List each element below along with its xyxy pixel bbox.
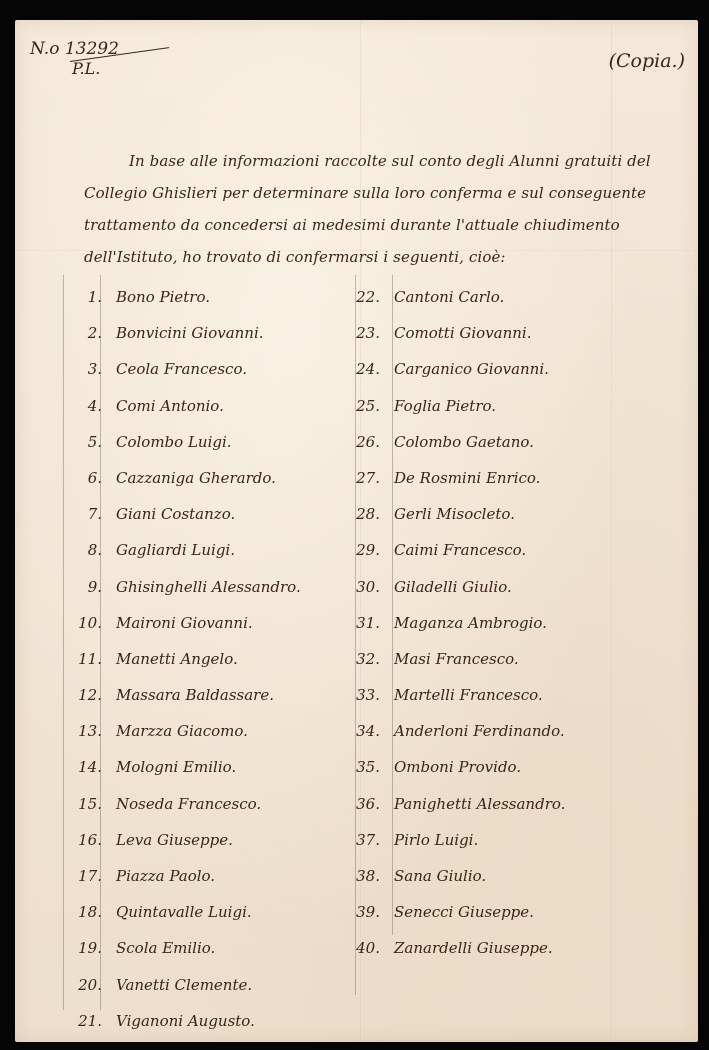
list-item: 5.Colombo Luigi. <box>62 433 352 469</box>
item-number: 37. <box>340 831 388 849</box>
item-number: 19. <box>62 939 110 957</box>
item-number: 22. <box>340 288 388 306</box>
student-name: Ghisinghelli Alessandro. <box>110 578 301 596</box>
student-name: Bono Pietro. <box>110 288 210 306</box>
student-list-left: 1.Bono Pietro. 2.Bonvicini Giovanni. 3.C… <box>62 288 352 1048</box>
student-name: Masi Francesco. <box>388 650 519 668</box>
list-item: 20.Vanetti Clemente. <box>62 976 352 1012</box>
student-name: Colombo Luigi. <box>110 433 232 451</box>
list-item: 18.Quintavalle Luigi. <box>62 903 352 939</box>
item-number: 28. <box>340 505 388 523</box>
list-item: 15.Noseda Francesco. <box>62 795 352 831</box>
student-name: Piazza Paolo. <box>110 867 215 885</box>
student-name: Panighetti Alessandro. <box>388 795 565 813</box>
item-number: 10. <box>62 614 110 632</box>
list-item: 38.Sana Giulio. <box>340 867 630 903</box>
student-name: Noseda Francesco. <box>110 795 261 813</box>
list-item: 11.Manetti Angelo. <box>62 650 352 686</box>
item-number: 5. <box>62 433 110 451</box>
student-name: Gerli Misocleto. <box>388 505 515 523</box>
item-number: 35. <box>340 758 388 776</box>
list-item: 26.Colombo Gaetano. <box>340 433 630 469</box>
student-name: Manetti Angelo. <box>110 650 238 668</box>
item-number: 14. <box>62 758 110 776</box>
item-number: 33. <box>340 686 388 704</box>
list-item: 33.Martelli Francesco. <box>340 686 630 722</box>
student-name: Scola Emilio. <box>110 939 215 957</box>
list-item: 6.Cazzaniga Gherardo. <box>62 469 352 505</box>
student-name: Cantoni Carlo. <box>388 288 504 306</box>
student-name: Caimi Francesco. <box>388 541 526 559</box>
student-name: Giladelli Giulio. <box>388 578 512 596</box>
student-name: Mologni Emilio. <box>110 758 236 776</box>
student-name: Senecci Giuseppe. <box>388 903 534 921</box>
item-number: 24. <box>340 360 388 378</box>
list-item: 23.Comotti Giovanni. <box>340 324 630 360</box>
list-item: 25.Foglia Pietro. <box>340 397 630 433</box>
item-number: 15. <box>62 795 110 813</box>
item-number: 30. <box>340 578 388 596</box>
item-number: 16. <box>62 831 110 849</box>
student-name: Cazzaniga Gherardo. <box>110 469 276 487</box>
item-number: 26. <box>340 433 388 451</box>
student-name: Massara Baldassare. <box>110 686 274 704</box>
list-item: 39.Senecci Giuseppe. <box>340 903 630 939</box>
list-item: 40.Zanardelli Giuseppe. <box>340 939 630 975</box>
list-item: 21.Viganoni Augusto. <box>62 1012 352 1048</box>
item-number: 31. <box>340 614 388 632</box>
student-name: Bonvicini Giovanni. <box>110 324 264 342</box>
list-item: 19.Scola Emilio. <box>62 939 352 975</box>
item-number: 25. <box>340 397 388 415</box>
item-number: 3. <box>62 360 110 378</box>
student-name: Comotti Giovanni. <box>388 324 532 342</box>
list-item: 16.Leva Giuseppe. <box>62 831 352 867</box>
item-number: 40. <box>340 939 388 957</box>
student-name: De Rosmini Enrico. <box>388 469 540 487</box>
student-name: Quintavalle Luigi. <box>110 903 252 921</box>
list-item: 4.Comi Antonio. <box>62 397 352 433</box>
list-item: 2.Bonvicini Giovanni. <box>62 324 352 360</box>
list-item: 9.Ghisinghelli Alessandro. <box>62 578 352 614</box>
copy-label: (Copia.) <box>609 50 685 72</box>
list-item: 10.Maironi Giovanni. <box>62 614 352 650</box>
list-item: 27.De Rosmini Enrico. <box>340 469 630 505</box>
item-number: 29. <box>340 541 388 559</box>
item-number: 21. <box>62 1012 110 1030</box>
item-number: 23. <box>340 324 388 342</box>
list-item: 3.Ceola Francesco. <box>62 360 352 396</box>
student-name: Leva Giuseppe. <box>110 831 233 849</box>
student-name: Foglia Pietro. <box>388 397 496 415</box>
item-number: 38. <box>340 867 388 885</box>
student-name: Omboni Provido. <box>388 758 521 776</box>
item-number: 1. <box>62 288 110 306</box>
list-item: 32.Masi Francesco. <box>340 650 630 686</box>
item-number: 34. <box>340 722 388 740</box>
item-number: 39. <box>340 903 388 921</box>
list-item: 28.Gerli Misocleto. <box>340 505 630 541</box>
protocol-reference: N.o 13292 P.L. <box>30 40 119 78</box>
student-name: Sana Giulio. <box>388 867 486 885</box>
list-item: 37.Pirlo Luigi. <box>340 831 630 867</box>
student-list-right: 22.Cantoni Carlo. 23.Comotti Giovanni. 2… <box>340 288 630 976</box>
list-item: 36.Panighetti Alessandro. <box>340 795 630 831</box>
list-item: 7.Giani Costanzo. <box>62 505 352 541</box>
student-name: Vanetti Clemente. <box>110 976 252 994</box>
item-number: 4. <box>62 397 110 415</box>
item-number: 8. <box>62 541 110 559</box>
list-item: 29.Caimi Francesco. <box>340 541 630 577</box>
list-item: 8.Gagliardi Luigi. <box>62 541 352 577</box>
student-name: Marzza Giacomo. <box>110 722 248 740</box>
student-name: Colombo Gaetano. <box>388 433 534 451</box>
item-number: 7. <box>62 505 110 523</box>
student-name: Maganza Ambrogio. <box>388 614 547 632</box>
list-item: 34.Anderloni Ferdinando. <box>340 722 630 758</box>
student-name: Anderloni Ferdinando. <box>388 722 565 740</box>
intro-paragraph: In base alle informazioni raccolte sul c… <box>84 145 684 273</box>
item-number: 12. <box>62 686 110 704</box>
item-number: 18. <box>62 903 110 921</box>
list-item: 1.Bono Pietro. <box>62 288 352 324</box>
student-name: Zanardelli Giuseppe. <box>388 939 553 957</box>
student-name: Gagliardi Luigi. <box>110 541 235 559</box>
student-name: Giani Costanzo. <box>110 505 235 523</box>
student-name: Carganico Giovanni. <box>388 360 549 378</box>
item-number: 27. <box>340 469 388 487</box>
item-number: 20. <box>62 976 110 994</box>
student-name: Martelli Francesco. <box>388 686 543 704</box>
item-number: 2. <box>62 324 110 342</box>
student-name: Ceola Francesco. <box>110 360 247 378</box>
item-number: 11. <box>62 650 110 668</box>
list-item: 24.Carganico Giovanni. <box>340 360 630 396</box>
student-name: Pirlo Luigi. <box>388 831 478 849</box>
list-item: 17.Piazza Paolo. <box>62 867 352 903</box>
list-item: 14.Mologni Emilio. <box>62 758 352 794</box>
item-number: 13. <box>62 722 110 740</box>
item-number: 17. <box>62 867 110 885</box>
item-number: 32. <box>340 650 388 668</box>
student-name: Viganoni Augusto. <box>110 1012 255 1030</box>
list-item: 22.Cantoni Carlo. <box>340 288 630 324</box>
list-item: 12.Massara Baldassare. <box>62 686 352 722</box>
item-number: 6. <box>62 469 110 487</box>
reference-sub: P.L. <box>72 60 119 78</box>
list-item: 30.Giladelli Giulio. <box>340 578 630 614</box>
list-item: 31.Maganza Ambrogio. <box>340 614 630 650</box>
student-name: Maironi Giovanni. <box>110 614 253 632</box>
list-item: 13.Marzza Giacomo. <box>62 722 352 758</box>
list-item: 35.Omboni Provido. <box>340 758 630 794</box>
student-name: Comi Antonio. <box>110 397 224 415</box>
item-number: 36. <box>340 795 388 813</box>
item-number: 9. <box>62 578 110 596</box>
